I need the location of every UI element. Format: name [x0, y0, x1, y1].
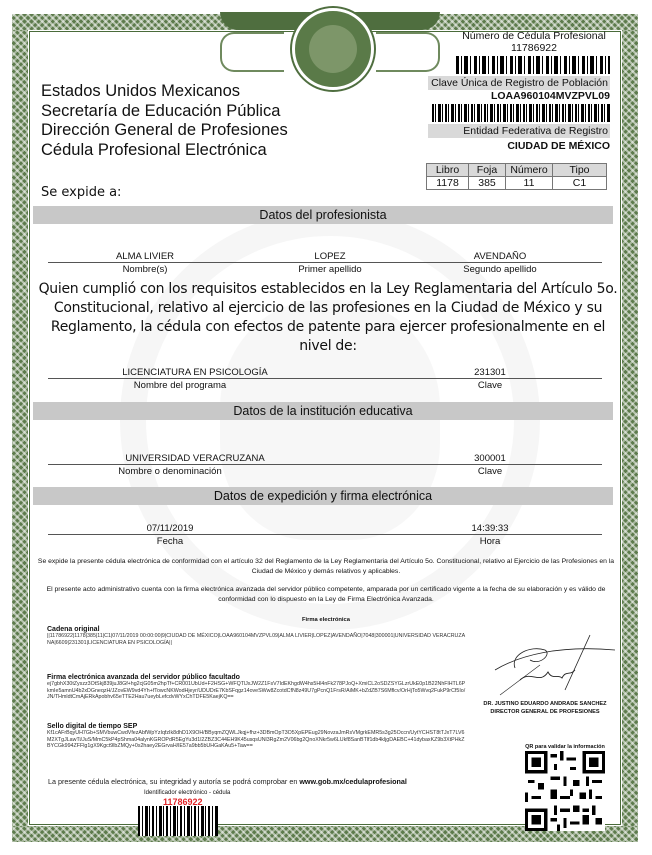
- entidad-label: Entidad Federativa de Registro: [428, 124, 610, 138]
- divider: [48, 464, 602, 465]
- issuer-line: Estados Unidos Mexicanos: [41, 82, 288, 102]
- legal-statement: Quien cumplió con los requisitos estable…: [33, 280, 623, 356]
- qr-label: QR para validar la información: [520, 744, 610, 750]
- clave-label: Clave: [460, 466, 520, 477]
- cadena-value: ||11786922|1178|385|11|C1|07/11/2019 00:…: [47, 633, 467, 646]
- col-header: Tipo: [553, 164, 607, 177]
- fecha-value: 07/11/2019: [130, 523, 210, 534]
- id-label: Identificador electrónico - cédula: [138, 790, 284, 796]
- segundo-apellido-label: Segundo apellido: [445, 264, 555, 275]
- hora-label: Hora: [460, 536, 520, 547]
- curp-value: LOAA960104MVZPVL09: [428, 90, 610, 102]
- segundo-apellido-value: AVENDAÑO: [445, 251, 555, 262]
- legal-text-1: Se expide la presente cédula electrónica…: [33, 557, 619, 577]
- nombre-label: Nombre(s): [100, 264, 190, 275]
- fecha-label: Fecha: [130, 536, 210, 547]
- curp-label: Clave Única de Registro de Población: [428, 76, 610, 90]
- programa-label: Nombre del programa: [110, 380, 250, 391]
- col-header: Número: [506, 164, 553, 177]
- legal-text-2: El presente acto administrativo cuenta c…: [33, 585, 619, 605]
- id-barcode-icon: [138, 806, 218, 836]
- col-header: Foja: [469, 164, 506, 177]
- firma-label: Firma electrónica avanzada del servidor …: [47, 674, 240, 681]
- cadena-label: Cadena original: [47, 626, 100, 633]
- signer-name: DR. JUSTINO EDUARDO ANDRADE SANCHEZ: [470, 700, 620, 708]
- section-institucion: Datos de la institución educativa: [33, 402, 613, 420]
- expide-label: Se expide a:: [41, 185, 121, 200]
- section-profesionista: Datos del profesionista: [33, 206, 613, 224]
- divider: [48, 534, 602, 535]
- institucion-value: UNIVERSIDAD VERACRUZANA: [100, 453, 290, 464]
- programa-clave-value: 231301: [460, 367, 520, 378]
- cedula-number: 11786922: [428, 42, 610, 54]
- table-cell: C1: [553, 177, 607, 190]
- programa-value: LICENCIATURA EN PSICOLOGÍA: [100, 367, 290, 378]
- divider: [48, 262, 602, 263]
- section-expedicion: Datos de expedición y firma electrónica: [33, 487, 613, 505]
- sello-value: Kf1cAFrBqyUH7Gb+SMVbuwCwdVfezAbfWpYzIqfz…: [47, 730, 467, 750]
- cedula-label: Número de Cédula Profesional: [428, 30, 610, 42]
- clave-label: Clave: [460, 380, 520, 391]
- issuer-line: Dirección General de Profesiones: [41, 121, 288, 141]
- issuer-line: Secretaría de Educación Pública: [41, 102, 288, 122]
- signer-block: DR. JUSTINO EDUARDO ANDRADE SANCHEZ DIRE…: [470, 700, 620, 716]
- table-cell: 11: [506, 177, 553, 190]
- table-cell: 1178: [427, 177, 469, 190]
- primer-apellido-value: LOPEZ: [285, 251, 375, 262]
- institucion-clave-value: 300001: [460, 453, 520, 464]
- verify-sentence: La presente cédula electrónica, su integ…: [48, 777, 299, 786]
- hora-value: 14:39:33: [460, 523, 520, 534]
- firma-value: ej7gbhX30tZyszz3OtSkj839juJ8Gf+hg2cjG05m…: [47, 681, 467, 701]
- col-header: Libro: [427, 164, 469, 177]
- national-crest-icon: [220, 8, 440, 92]
- divider: [48, 378, 602, 379]
- firma-title: Firma electrónica: [33, 615, 619, 625]
- sello-label: Sello digital de tiempo SEP: [47, 723, 137, 730]
- libro-foja-table: Libro Foja Número Tipo 1178 385 11 C1: [426, 163, 607, 190]
- curp-barcode-icon: [432, 104, 610, 122]
- registry-box: Número de Cédula Profesional 11786922 Cl…: [428, 30, 610, 152]
- nombre-value: ALMA LIVIER: [100, 251, 190, 262]
- institucion-label: Nombre o denominación: [100, 466, 240, 477]
- qr-code-icon[interactable]: [525, 751, 605, 831]
- table-cell: 385: [469, 177, 506, 190]
- cedula-barcode-icon: [456, 56, 610, 74]
- primer-apellido-label: Primer apellido: [275, 264, 385, 275]
- entidad-value: CIUDAD DE MÉXICO: [428, 140, 610, 152]
- issuer-line: Cédula Profesional Electrónica: [41, 141, 288, 161]
- signer-title: DIRECTOR GENERAL DE PROFESIONES: [470, 708, 620, 716]
- issuer-block: Estados Unidos Mexicanos Secretaría de E…: [41, 82, 288, 160]
- verify-text: La presente cédula electrónica, su integ…: [48, 777, 407, 786]
- handwritten-signature-icon: [490, 630, 620, 700]
- verify-link[interactable]: www.gob.mx/cedulaprofesional: [299, 777, 407, 786]
